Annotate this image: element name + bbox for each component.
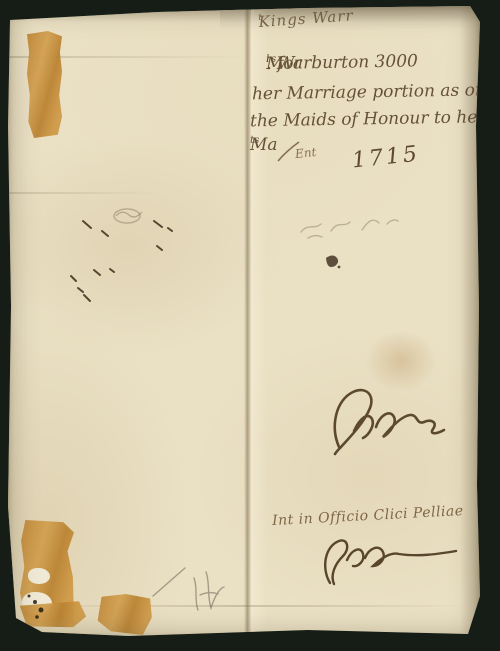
horizontal-crease: [26, 605, 466, 607]
ink-specks: [71, 221, 172, 301]
ink-blot: [326, 256, 340, 269]
vertical-fold-crease: [244, 6, 251, 638]
faint-pencil-note: [301, 220, 398, 238]
middle-paraph-signature: [335, 390, 444, 454]
pells-office-note: Int in Officio Clici Pelliae: [272, 503, 464, 529]
docket-header-superscript: t: [258, 13, 263, 23]
ink-stain-blotch: [365, 330, 437, 392]
docket-line-3: the Maids of Honour to her late: [250, 107, 500, 132]
adhesive-tape-bottom-piece: [97, 593, 153, 636]
document-page: Kings Warrt Mrs. Warburton 3000l. for he…: [8, 6, 480, 638]
docket-line-1-text: . for: [266, 53, 302, 74]
adhesive-tape-bottom-left-extension: [20, 601, 87, 629]
bottom-initials-signature: [325, 540, 456, 584]
docket-year: 1715: [351, 142, 421, 174]
photograph-background: { "colors": { "background": "#161d16", "…: [0, 0, 500, 651]
pencil-shelfmark-scribble: [153, 568, 224, 610]
entry-abbreviation: Ent: [294, 145, 317, 161]
right-edge-shadow: [460, 6, 480, 638]
ink-smudge-ring: [114, 209, 142, 223]
horizontal-crease: [8, 192, 158, 194]
docket-line-2: her Marriage portion as one of: [252, 80, 500, 105]
docket-line-4-superscript: ts: [250, 135, 259, 146]
adhesive-tape-top-left: [27, 31, 62, 138]
tape-tear-spot: [28, 568, 50, 584]
